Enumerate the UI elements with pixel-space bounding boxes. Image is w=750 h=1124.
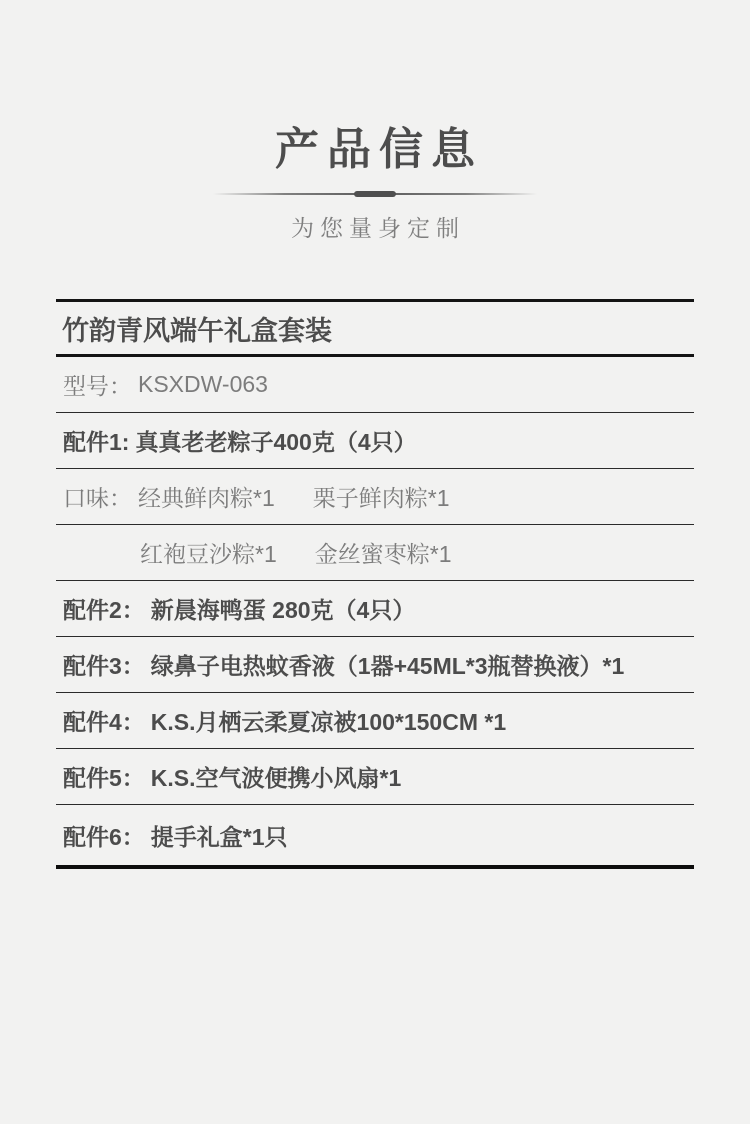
table-row-part1: 配件1: 真真老老粽子400克（4只） <box>56 413 694 469</box>
row-value: K.S.空气波便携小风扇*1 <box>151 760 401 793</box>
row-value: K.S.月栖云柔夏凉被100*150CM *1 <box>151 704 506 737</box>
page-subtitle: 为您量身定制 <box>0 210 750 243</box>
row-label: 型号： <box>63 368 132 401</box>
flavor-value: 金丝蜜枣粽*1 <box>315 536 452 569</box>
table-row-flavors-1: 口味： 经典鲜肉粽*1 栗子鲜肉粽*1 <box>56 469 694 525</box>
table-row-part2: 配件2： 新晨海鸭蛋 280克（4只） <box>56 581 694 637</box>
title-divider <box>213 191 537 197</box>
row-value: KSXDW-063 <box>138 371 268 398</box>
row-value: 提手礼盒*1只 <box>151 819 288 852</box>
row-label: 配件3： <box>63 648 145 681</box>
table-row-part4: 配件4： K.S.月栖云柔夏凉被100*150CM *1 <box>56 693 694 749</box>
table-row-flavors-2: 红袍豆沙粽*1 金丝蜜枣粽*1 <box>56 525 694 581</box>
row-value: 真真老老粽子400克（4只） <box>135 424 416 457</box>
row-label: 配件5： <box>63 760 145 793</box>
page-title: 产品信息 <box>0 126 750 174</box>
page-header: 产品信息 为您量身定制 <box>0 0 750 243</box>
table-title-row: 竹韵青风端午礼盒套装 <box>56 302 694 357</box>
product-name: 竹韵青风端午礼盒套装 <box>62 309 332 348</box>
divider-capsule <box>354 191 396 197</box>
table-row-part5: 配件5： K.S.空气波便携小风扇*1 <box>56 749 694 805</box>
flavor-value: 经典鲜肉粽*1 <box>138 480 275 513</box>
flavor-value: 红袍豆沙粽*1 <box>140 536 277 569</box>
flavor-value: 栗子鲜肉粽*1 <box>313 480 450 513</box>
row-label: 口味： <box>63 480 132 513</box>
table-row-part6: 配件6： 提手礼盒*1只 <box>56 805 694 865</box>
row-label: 配件6： <box>63 819 145 852</box>
row-value: 绿鼻子电热蚊香液（1器+45ML*3瓶替换液）*1 <box>151 648 625 681</box>
row-value: 新晨海鸭蛋 280克（4只） <box>151 592 416 625</box>
table-row-part3: 配件3： 绿鼻子电热蚊香液（1器+45ML*3瓶替换液）*1 <box>56 637 694 693</box>
row-label: 配件1: <box>63 424 129 457</box>
table-row-model: 型号： KSXDW-063 <box>56 357 694 413</box>
row-label: 配件4： <box>63 704 145 737</box>
row-label: 配件2： <box>63 592 145 625</box>
product-spec-table: 竹韵青风端午礼盒套装 型号： KSXDW-063 配件1: 真真老老粽子400克… <box>56 299 694 869</box>
